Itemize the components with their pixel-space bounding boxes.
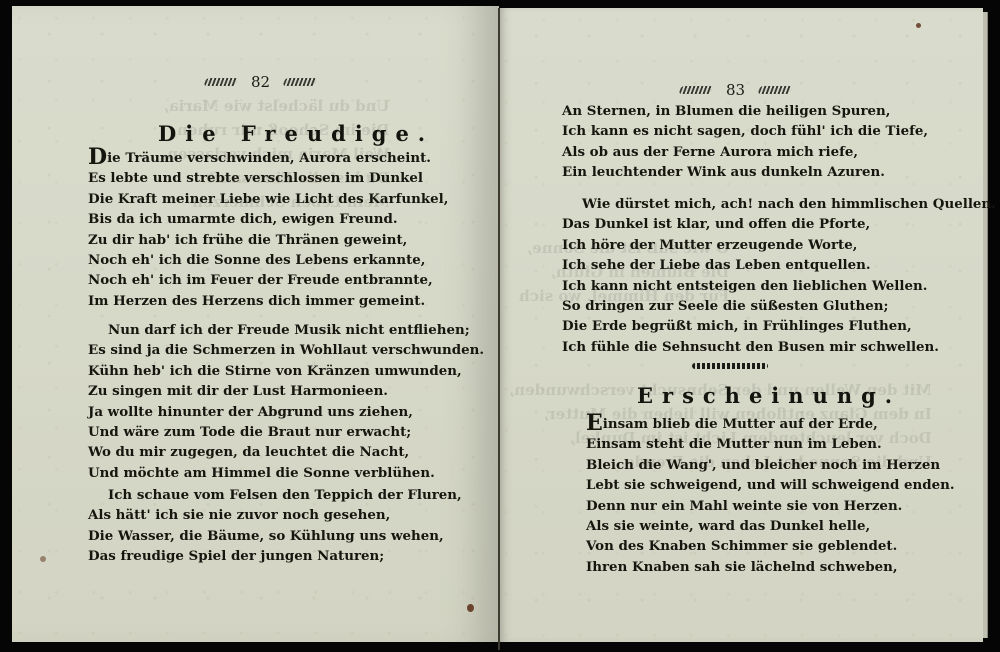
verse-line: Es lebte und strebte verschlossen im Dun… [88, 168, 448, 188]
stanza: Ich schaue vom Felsen den Teppich der Fl… [88, 485, 462, 567]
verse-line: An Sternen, in Blumen die heiligen Spure… [562, 101, 928, 121]
verse-line: Einsam steht die Mutter nun im Leben. [586, 434, 955, 454]
page-header-left: 82 [205, 73, 316, 91]
verse-line: Und wäre zum Tode die Braut nur erwacht; [88, 422, 484, 442]
verse-line: Ja wollte hinunter der Abgrund uns ziehe… [88, 402, 484, 422]
stanza: Die Träume verschwinden, Aurora erschein… [88, 148, 448, 311]
verse-line: Von des Knaben Schimmer sie geblendet. [586, 536, 955, 556]
verse-line: Als hätt' ich sie nie zuvor noch gesehen… [88, 505, 462, 525]
stanza: Wie dürstet mich, ach! nach den himmlisc… [562, 194, 996, 357]
poem-title: Erscheinung. [637, 383, 901, 408]
verse-line: Das freudige Spiel der jungen Naturen; [88, 546, 462, 566]
verse-line: Bleich die Wang', und bleicher noch im H… [586, 455, 955, 475]
verse-line: Ihren Knaben sah sie lächelnd schweben, [586, 557, 955, 577]
verse-line: Bis da ich umarmte dich, ewigen Freund. [88, 209, 448, 229]
book-spread: Und du lächelst wie Maria, Die im Schooß… [0, 0, 1000, 652]
verse-line: Denn nur ein Mahl weinte sie von Herzen. [586, 496, 955, 516]
ornament-icon [758, 86, 793, 94]
verse-line: Zu dir hab' ich frühe die Thränen gewein… [88, 230, 448, 250]
verse-line: Die Wasser, die Bäume, so Kühlung uns we… [88, 526, 462, 546]
verse-line-rest: ie Träume verschwinden, Aurora erscheint… [107, 150, 431, 166]
verse-line: Ich kann es nicht sagen, doch fühl' ich … [562, 121, 928, 141]
verse-line: Ich kann nicht entsteigen den lieblichen… [562, 276, 996, 296]
page-number: 83 [726, 81, 745, 99]
stanza: An Sternen, in Blumen die heiligen Spure… [562, 101, 928, 183]
stanza: Nun darf ich der Freude Musik nicht entf… [88, 320, 484, 483]
drop-cap: D [88, 144, 107, 170]
paper-stain [467, 604, 474, 612]
verse-line: Kühn heb' ich die Stirne von Kränzen umw… [88, 361, 484, 381]
verse-line: Die Träume verschwinden, Aurora erschein… [88, 148, 448, 168]
verse-line: Ich fühle die Sehnsucht den Busen mir sc… [562, 337, 996, 357]
ornament-icon [283, 78, 318, 86]
page-number: 82 [251, 73, 270, 91]
page-header-right: 83 [680, 81, 791, 99]
verse-line: Noch eh' ich im Feuer der Freude entbran… [88, 270, 448, 290]
verse-line: Das Dunkel ist klar, und offen die Pfort… [562, 214, 996, 234]
verse-line: Und möchte am Himmel die Sonne verblühen… [88, 463, 484, 483]
verse-line: So dringen zur Seele die süßesten Gluthe… [562, 296, 996, 316]
ornament-icon [204, 78, 239, 86]
verse-line: Als sie weinte, ward das Dunkel helle, [586, 516, 955, 536]
verse-line: Als ob aus der Ferne Aurora mich riefe, [562, 142, 928, 162]
verse-line: Nun darf ich der Freude Musik nicht entf… [88, 320, 484, 340]
verse-line: Die Erde begrüßt mich, in Frühlinges Flu… [562, 316, 996, 336]
verse-line: Lebt sie schweigend, und will schweigend… [586, 475, 955, 495]
verse-line: Wie dürstet mich, ach! nach den himmlisc… [562, 194, 996, 214]
stanza: Einsam blieb die Mutter auf der Erde, Ei… [586, 414, 955, 577]
verse-line: Es sind ja die Schmerzen in Wohllaut ver… [88, 340, 484, 360]
verse-line: Zu singen mit dir der Lust Harmonieen. [88, 381, 484, 401]
ornament-icon [679, 86, 714, 94]
verse-line: Ein leuchtender Wink aus dunkeln Azuren. [562, 162, 928, 182]
book-gutter [498, 8, 500, 650]
verse-line: Ich schaue vom Felsen den Teppich der Fl… [88, 485, 462, 505]
verse-line: Im Herzen des Herzens dich immer gemeint… [88, 291, 448, 311]
verse-line: Noch eh' ich die Sonne des Lebens erkann… [88, 250, 448, 270]
section-divider [692, 363, 768, 369]
paper-stain [916, 23, 921, 28]
verse-line: Einsam blieb die Mutter auf der Erde, [586, 414, 955, 434]
verse-line: Wo du mir zugegen, da leuchtet die Nacht… [88, 442, 484, 462]
verse-line-rest: insam blieb die Mutter auf der Erde, [603, 416, 878, 432]
poem-title: Die Freudige. [158, 121, 434, 146]
verse-line: Ich sehe der Liebe das Leben entquellen. [562, 255, 996, 275]
paper-stain [40, 556, 46, 562]
verse-line: Ich höre der Mutter erzeugende Worte, [562, 235, 996, 255]
drop-cap: E [586, 410, 603, 436]
verse-line: Die Kraft meiner Liebe wie Licht des Kar… [88, 189, 448, 209]
